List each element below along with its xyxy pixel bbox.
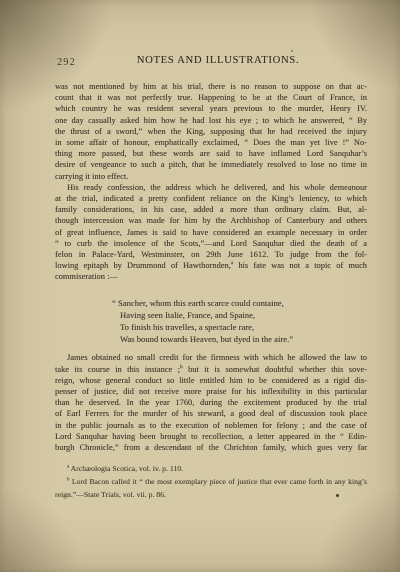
- text-line: penser of justice, did not receive more …: [55, 386, 367, 397]
- text-line: To finish his travelles, a spectacle rar…: [112, 321, 367, 333]
- text-line: was not mentioned by him at his trial, t…: [55, 81, 367, 92]
- ink-speck: [291, 50, 293, 52]
- text-line: than he deserved. In the year 1760, duri…: [55, 397, 367, 408]
- text-line: of great influence, James is said to hav…: [55, 227, 367, 238]
- text-line: take its course in this instance ;b but …: [55, 364, 367, 375]
- text-line: “ Sancher, whom this earth scarce could …: [112, 297, 367, 309]
- text-line: reign.”—State Trials, vol. vii. p. 86.: [55, 488, 367, 501]
- text-line: burgh Chronicle,” from a descendant of t…: [55, 442, 367, 453]
- book-page: 292 NOTES AND ILLUSTRATIONS. was not men…: [0, 0, 400, 572]
- paragraph-1: was not mentioned by him at his trial, t…: [55, 81, 367, 182]
- text-line: lowing epitaph by Drummond of Hawthornde…: [55, 260, 367, 271]
- text-line: felon in Palace-Yard, Westminster, on 29…: [55, 249, 367, 260]
- footnote-a: a Archæologia Scotica, vol. iv. p. 110.: [55, 462, 367, 475]
- running-header-title: NOTES AND ILLUSTRATIONS.: [55, 55, 367, 66]
- text-line: in some affair of honour, emphatically e…: [55, 137, 367, 148]
- text-line: reign, whose general conduct so little e…: [55, 375, 367, 386]
- text-line: of Earl Ferrers for the murder of his st…: [55, 408, 367, 419]
- footnotes: a Archæologia Scotica, vol. iv. p. 110. …: [55, 462, 367, 501]
- text-line: commiseration :—: [55, 271, 367, 282]
- text-line: b Lord Bacon called it “ the most exempl…: [55, 475, 367, 488]
- text-line: Was bound towards Heaven, but dyed in th…: [112, 333, 367, 345]
- text-line: James obtained no small credit for the f…: [55, 352, 367, 363]
- paragraph-3: James obtained no small credit for the f…: [55, 352, 367, 453]
- text-line: Having seen Italie, France, and Spaine,: [112, 309, 367, 321]
- text-line: His ready confession, the address which …: [55, 182, 367, 193]
- footnote-b: b Lord Bacon called it “ the most exempl…: [55, 475, 367, 501]
- page-header: 292 NOTES AND ILLUSTRATIONS.: [55, 55, 367, 66]
- text-line: which country he was resident several ye…: [55, 103, 367, 114]
- text-line: though intercession was made for him by …: [55, 215, 367, 226]
- text-line: family considerations, in his case, adde…: [55, 204, 367, 215]
- text-line: at the trial, indicated a pretty confide…: [55, 193, 367, 204]
- paragraph-2: His ready confession, the address which …: [55, 182, 367, 283]
- text-line: “ to curb the insolence of the Scots,”—a…: [55, 238, 367, 249]
- epitaph-verse: “ Sancher, whom this earth scarce could …: [112, 297, 367, 346]
- text-line: desire of vengeance to such a pitch, tha…: [55, 159, 367, 170]
- text-line: thing more passed, but these words are s…: [55, 148, 367, 159]
- text-line: the thrust of a sword,” when the King, s…: [55, 126, 367, 137]
- text-line: one day casually asked him how he had lo…: [55, 115, 367, 126]
- ink-speck: [336, 494, 339, 497]
- text-line: in the public journals as to the executi…: [55, 420, 367, 431]
- text-line: count that it was not perfectly true. Ha…: [55, 92, 367, 103]
- text-line: Lord Sanquhar having been brought to rec…: [55, 431, 367, 442]
- page-number: 292: [57, 57, 76, 68]
- text-column: was not mentioned by him at his trial, t…: [55, 81, 367, 453]
- text-line: carrying it into effect.: [55, 171, 367, 182]
- text-line: a Archæologia Scotica, vol. iv. p. 110.: [55, 462, 367, 475]
